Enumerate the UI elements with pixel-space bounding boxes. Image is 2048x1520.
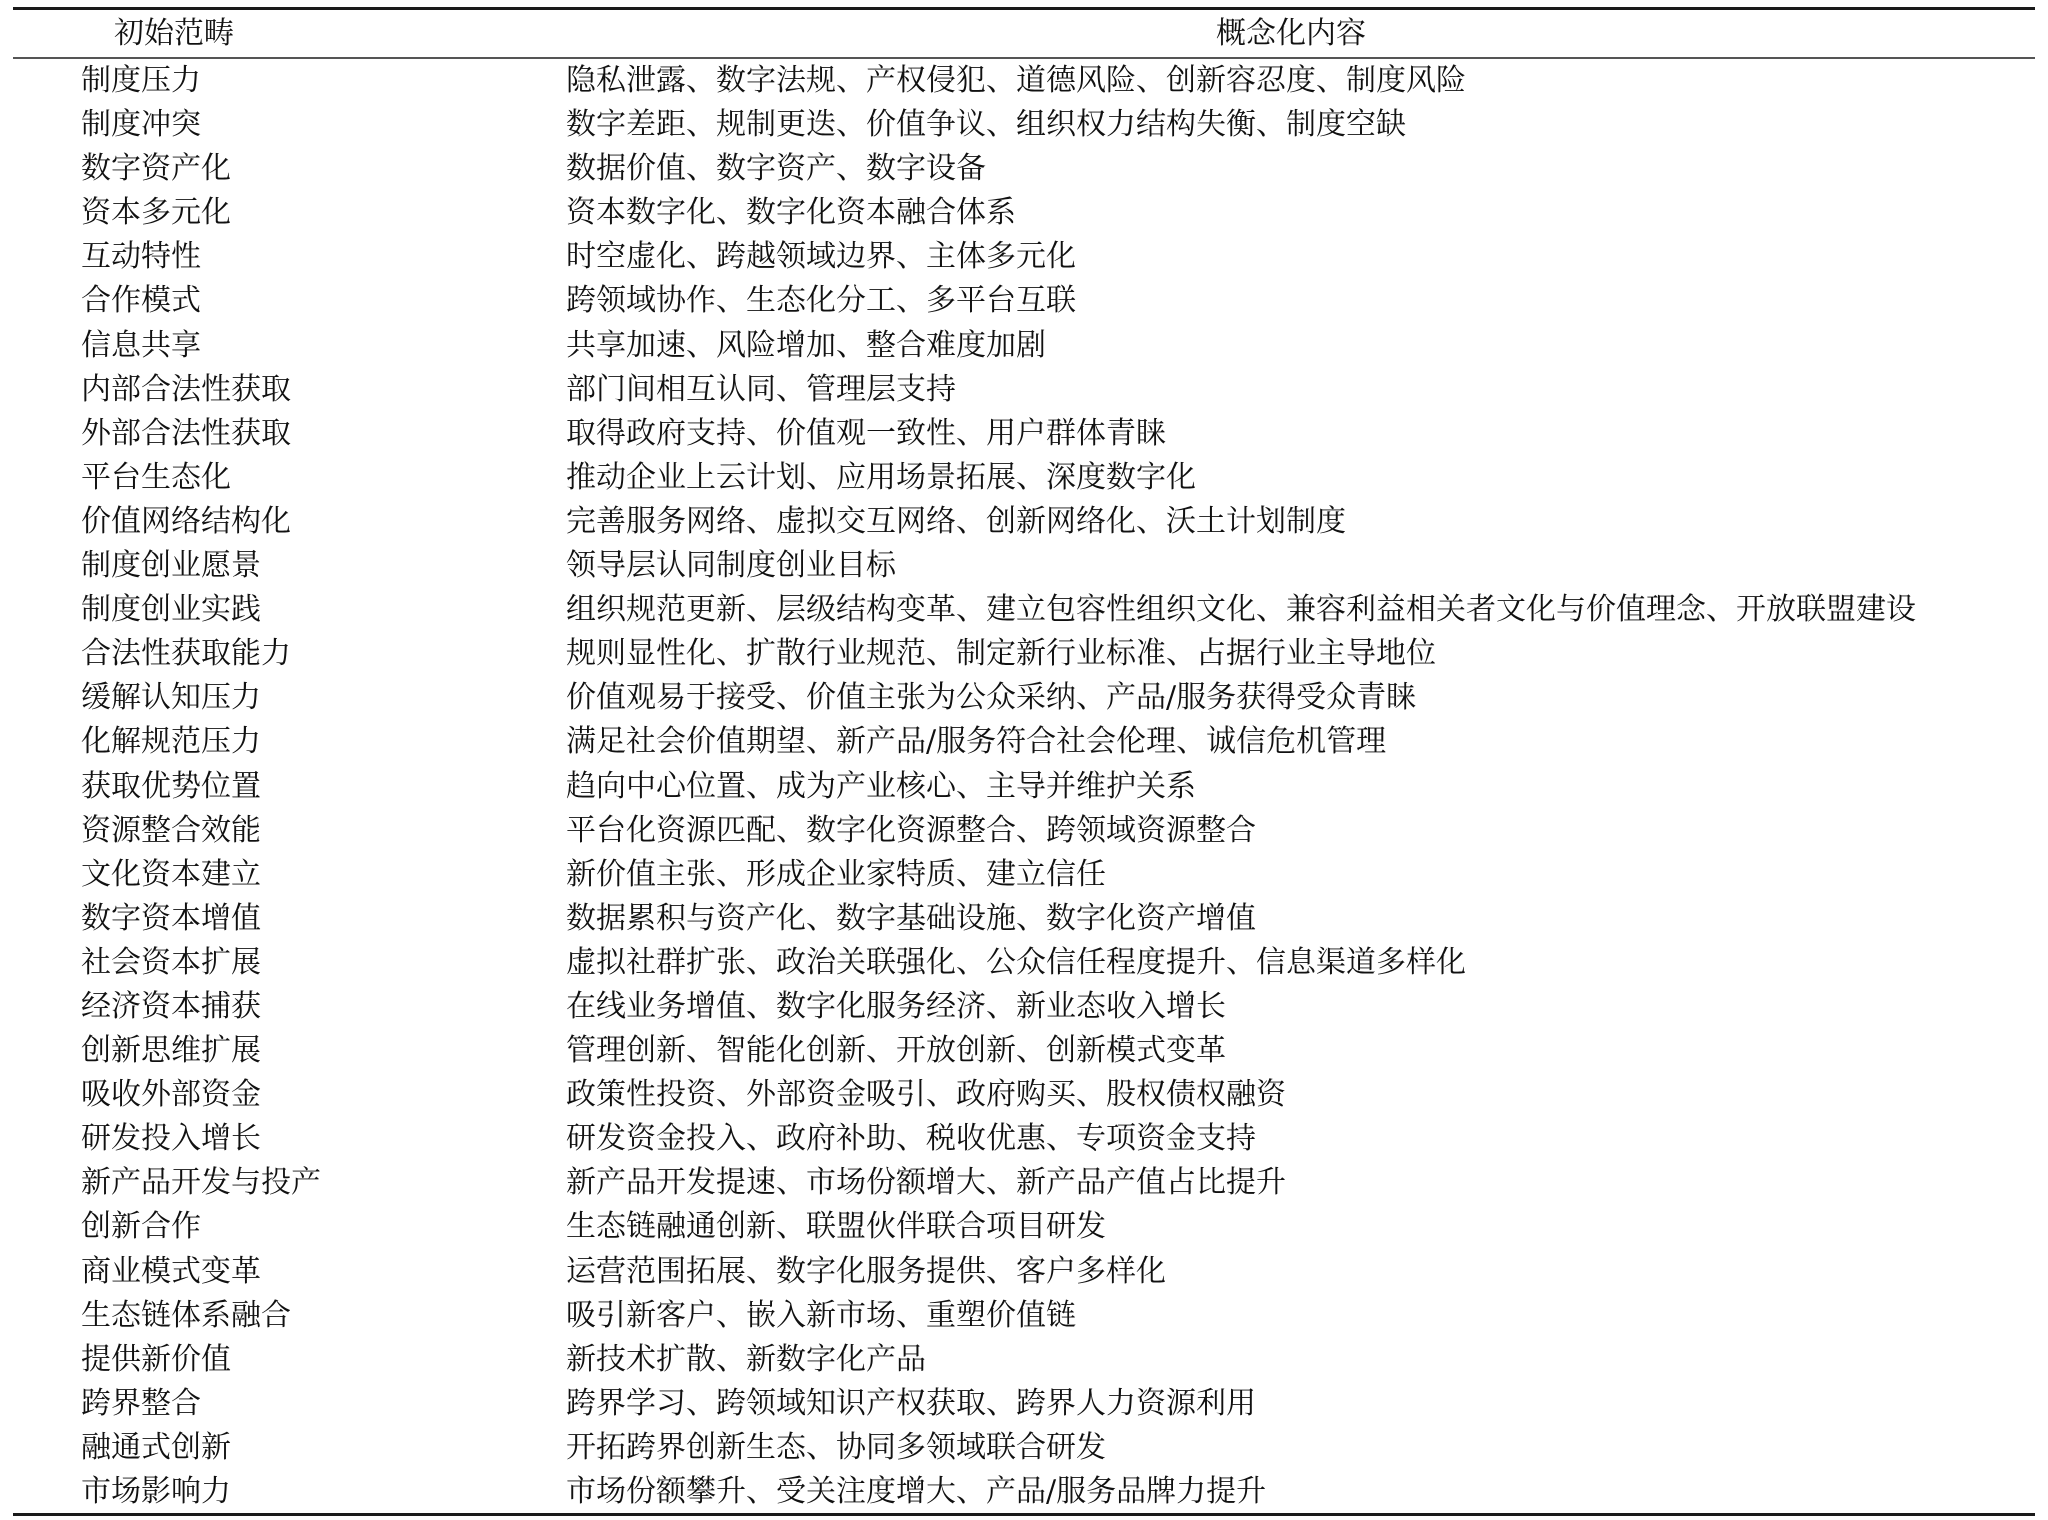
table-row: 市场影响力市场份额攀升、受关注度增大、产品/服务品牌力提升 (0, 1470, 2048, 1514)
table-row: 内部合法性获取部门间相互认同、管理层支持 (0, 368, 2048, 412)
cell-conceptual-content: 数据累积与资产化、数字基础设施、数字化资产增值 (566, 897, 1256, 941)
cell-initial-category: 内部合法性获取 (81, 368, 291, 412)
table-row: 制度压力隐私泄露、数字法规、产权侵犯、道德风险、创新容忍度、制度风险 (0, 59, 2048, 103)
table-row: 获取优势位置趋向中心位置、成为产业核心、主导并维护关系 (0, 765, 2048, 809)
cell-conceptual-content: 运营范围拓展、数字化服务提供、客户多样化 (566, 1250, 1166, 1294)
cell-initial-category: 价值网络结构化 (81, 500, 291, 544)
cell-conceptual-content: 取得政府支持、价值观一致性、用户群体青睐 (566, 412, 1166, 456)
cell-initial-category: 提供新价值 (81, 1338, 231, 1382)
cell-conceptual-content: 跨领域协作、生态化分工、多平台互联 (566, 279, 1076, 323)
cell-initial-category: 化解规范压力 (81, 720, 261, 764)
cell-initial-category: 数字资产化 (81, 147, 231, 191)
cell-conceptual-content: 完善服务网络、虚拟交互网络、创新网络化、沃土计划制度 (566, 500, 1346, 544)
table-header: 初始范畴 概念化内容 (0, 12, 2048, 56)
cell-conceptual-content: 跨界学习、跨领域知识产权获取、跨界人力资源利用 (566, 1382, 1256, 1426)
cell-initial-category: 融通式创新 (81, 1426, 231, 1470)
table-row: 商业模式变革运营范围拓展、数字化服务提供、客户多样化 (0, 1250, 2048, 1294)
cell-conceptual-content: 组织规范更新、层级结构变革、建立包容性组织文化、兼容利益相关者文化与价值理念、开… (566, 588, 1916, 632)
table-row: 化解规范压力满足社会价值期望、新产品/服务符合社会伦理、诚信危机管理 (0, 720, 2048, 764)
cell-conceptual-content: 平台化资源匹配、数字化资源整合、跨领域资源整合 (566, 809, 1256, 853)
cell-initial-category: 社会资本扩展 (81, 941, 261, 985)
cell-initial-category: 数字资本增值 (81, 897, 261, 941)
table-row: 创新思维扩展管理创新、智能化创新、开放创新、创新模式变革 (0, 1029, 2048, 1073)
cell-conceptual-content: 政策性投资、外部资金吸引、政府购买、股权债权融资 (566, 1073, 1286, 1117)
table-row: 跨界整合跨界学习、跨领域知识产权获取、跨界人力资源利用 (0, 1382, 2048, 1426)
cell-conceptual-content: 共享加速、风险增加、整合难度加剧 (566, 324, 1046, 368)
table-row: 社会资本扩展虚拟社群扩张、政治关联强化、公众信任程度提升、信息渠道多样化 (0, 941, 2048, 985)
table-row: 缓解认知压力价值观易于接受、价值主张为公众采纳、产品/服务获得受众青睐 (0, 676, 2048, 720)
cell-initial-category: 合法性获取能力 (81, 632, 291, 676)
cell-conceptual-content: 新技术扩散、新数字化产品 (566, 1338, 926, 1382)
cell-conceptual-content: 在线业务增值、数字化服务经济、新业态收入增长 (566, 985, 1226, 1029)
cell-conceptual-content: 开拓跨界创新生态、协同多领域联合研发 (566, 1426, 1106, 1470)
table-row: 数字资产化数据价值、数字资产、数字设备 (0, 147, 2048, 191)
cell-conceptual-content: 虚拟社群扩张、政治关联强化、公众信任程度提升、信息渠道多样化 (566, 941, 1466, 985)
table-row: 新产品开发与投产新产品开发提速、市场份额增大、新产品产值占比提升 (0, 1161, 2048, 1205)
cell-conceptual-content: 隐私泄露、数字法规、产权侵犯、道德风险、创新容忍度、制度风险 (566, 59, 1466, 103)
cell-conceptual-content: 价值观易于接受、价值主张为公众采纳、产品/服务获得受众青睐 (566, 676, 1416, 720)
table-row: 融通式创新开拓跨界创新生态、协同多领域联合研发 (0, 1426, 2048, 1470)
table-row: 外部合法性获取取得政府支持、价值观一致性、用户群体青睐 (0, 412, 2048, 456)
cell-conceptual-content: 生态链融通创新、联盟伙伴联合项目研发 (566, 1205, 1106, 1249)
cell-initial-category: 生态链体系融合 (81, 1294, 291, 1338)
cell-initial-category: 经济资本捕获 (81, 985, 261, 1029)
cell-conceptual-content: 趋向中心位置、成为产业核心、主导并维护关系 (566, 765, 1196, 809)
cell-conceptual-content: 研发资金投入、政府补助、税收优惠、专项资金支持 (566, 1117, 1256, 1161)
header-initial-category: 初始范畴 (114, 12, 234, 56)
header-conceptual-content: 概念化内容 (1216, 12, 1366, 56)
cell-conceptual-content: 满足社会价值期望、新产品/服务符合社会伦理、诚信危机管理 (566, 720, 1386, 764)
table-bottom-rule (13, 1513, 2035, 1516)
table-row: 吸收外部资金政策性投资、外部资金吸引、政府购买、股权债权融资 (0, 1073, 2048, 1117)
cell-initial-category: 研发投入增长 (81, 1117, 261, 1161)
table-row: 制度创业愿景领导层认同制度创业目标 (0, 544, 2048, 588)
table-row: 合作模式跨领域协作、生态化分工、多平台互联 (0, 279, 2048, 323)
table-row: 价值网络结构化完善服务网络、虚拟交互网络、创新网络化、沃土计划制度 (0, 500, 2048, 544)
table-row: 文化资本建立新价值主张、形成企业家特质、建立信任 (0, 853, 2048, 897)
table-row: 提供新价值新技术扩散、新数字化产品 (0, 1338, 2048, 1382)
cell-conceptual-content: 规则显性化、扩散行业规范、制定新行业标准、占据行业主导地位 (566, 632, 1436, 676)
cell-initial-category: 获取优势位置 (81, 765, 261, 809)
cell-initial-category: 新产品开发与投产 (81, 1161, 321, 1205)
table-row: 互动特性时空虚化、跨越领域边界、主体多元化 (0, 235, 2048, 279)
cell-initial-category: 跨界整合 (81, 1382, 201, 1426)
cell-initial-category: 吸收外部资金 (81, 1073, 261, 1117)
table-row: 制度创业实践组织规范更新、层级结构变革、建立包容性组织文化、兼容利益相关者文化与… (0, 588, 2048, 632)
table-row: 研发投入增长研发资金投入、政府补助、税收优惠、专项资金支持 (0, 1117, 2048, 1161)
cell-initial-category: 商业模式变革 (81, 1250, 261, 1294)
cell-initial-category: 制度冲突 (81, 103, 201, 147)
cell-initial-category: 资源整合效能 (81, 809, 261, 853)
cell-initial-category: 资本多元化 (81, 191, 231, 235)
table-row: 平台生态化推动企业上云计划、应用场景拓展、深度数字化 (0, 456, 2048, 500)
cell-conceptual-content: 资本数字化、数字化资本融合体系 (566, 191, 1016, 235)
cell-initial-category: 创新合作 (81, 1205, 201, 1249)
table-row: 创新合作生态链融通创新、联盟伙伴联合项目研发 (0, 1205, 2048, 1249)
cell-conceptual-content: 市场份额攀升、受关注度增大、产品/服务品牌力提升 (566, 1470, 1266, 1514)
cell-initial-category: 互动特性 (81, 235, 201, 279)
cell-initial-category: 市场影响力 (81, 1470, 231, 1514)
cell-initial-category: 制度创业实践 (81, 588, 261, 632)
cell-conceptual-content: 数字差距、规制更迭、价值争议、组织权力结构失衡、制度空缺 (566, 103, 1406, 147)
cell-conceptual-content: 新价值主张、形成企业家特质、建立信任 (566, 853, 1106, 897)
cell-initial-category: 缓解认知压力 (81, 676, 261, 720)
cell-initial-category: 创新思维扩展 (81, 1029, 261, 1073)
cell-conceptual-content: 时空虚化、跨越领域边界、主体多元化 (566, 235, 1076, 279)
cell-conceptual-content: 部门间相互认同、管理层支持 (566, 368, 956, 412)
table-row: 生态链体系融合吸引新客户、嵌入新市场、重塑价值链 (0, 1294, 2048, 1338)
cell-initial-category: 制度压力 (81, 59, 201, 103)
cell-conceptual-content: 吸引新客户、嵌入新市场、重塑价值链 (566, 1294, 1076, 1338)
table-top-rule (13, 7, 2035, 10)
cell-initial-category: 外部合法性获取 (81, 412, 291, 456)
table-row: 资源整合效能平台化资源匹配、数字化资源整合、跨领域资源整合 (0, 809, 2048, 853)
cell-initial-category: 信息共享 (81, 324, 201, 368)
table-row: 合法性获取能力规则显性化、扩散行业规范、制定新行业标准、占据行业主导地位 (0, 632, 2048, 676)
table-row: 信息共享共享加速、风险增加、整合难度加剧 (0, 324, 2048, 368)
cell-conceptual-content: 数据价值、数字资产、数字设备 (566, 147, 986, 191)
table-row: 资本多元化资本数字化、数字化资本融合体系 (0, 191, 2048, 235)
cell-conceptual-content: 新产品开发提速、市场份额增大、新产品产值占比提升 (566, 1161, 1286, 1205)
cell-initial-category: 文化资本建立 (81, 853, 261, 897)
cell-conceptual-content: 领导层认同制度创业目标 (566, 544, 896, 588)
cell-initial-category: 制度创业愿景 (81, 544, 261, 588)
cell-initial-category: 平台生态化 (81, 456, 231, 500)
table-row: 制度冲突数字差距、规制更迭、价值争议、组织权力结构失衡、制度空缺 (0, 103, 2048, 147)
cell-conceptual-content: 推动企业上云计划、应用场景拓展、深度数字化 (566, 456, 1196, 500)
table-body: 制度压力隐私泄露、数字法规、产权侵犯、道德风险、创新容忍度、制度风险制度冲突数字… (0, 59, 2048, 1514)
cell-conceptual-content: 管理创新、智能化创新、开放创新、创新模式变革 (566, 1029, 1226, 1073)
table-row: 经济资本捕获在线业务增值、数字化服务经济、新业态收入增长 (0, 985, 2048, 1029)
cell-initial-category: 合作模式 (81, 279, 201, 323)
table-row: 数字资本增值数据累积与资产化、数字基础设施、数字化资产增值 (0, 897, 2048, 941)
